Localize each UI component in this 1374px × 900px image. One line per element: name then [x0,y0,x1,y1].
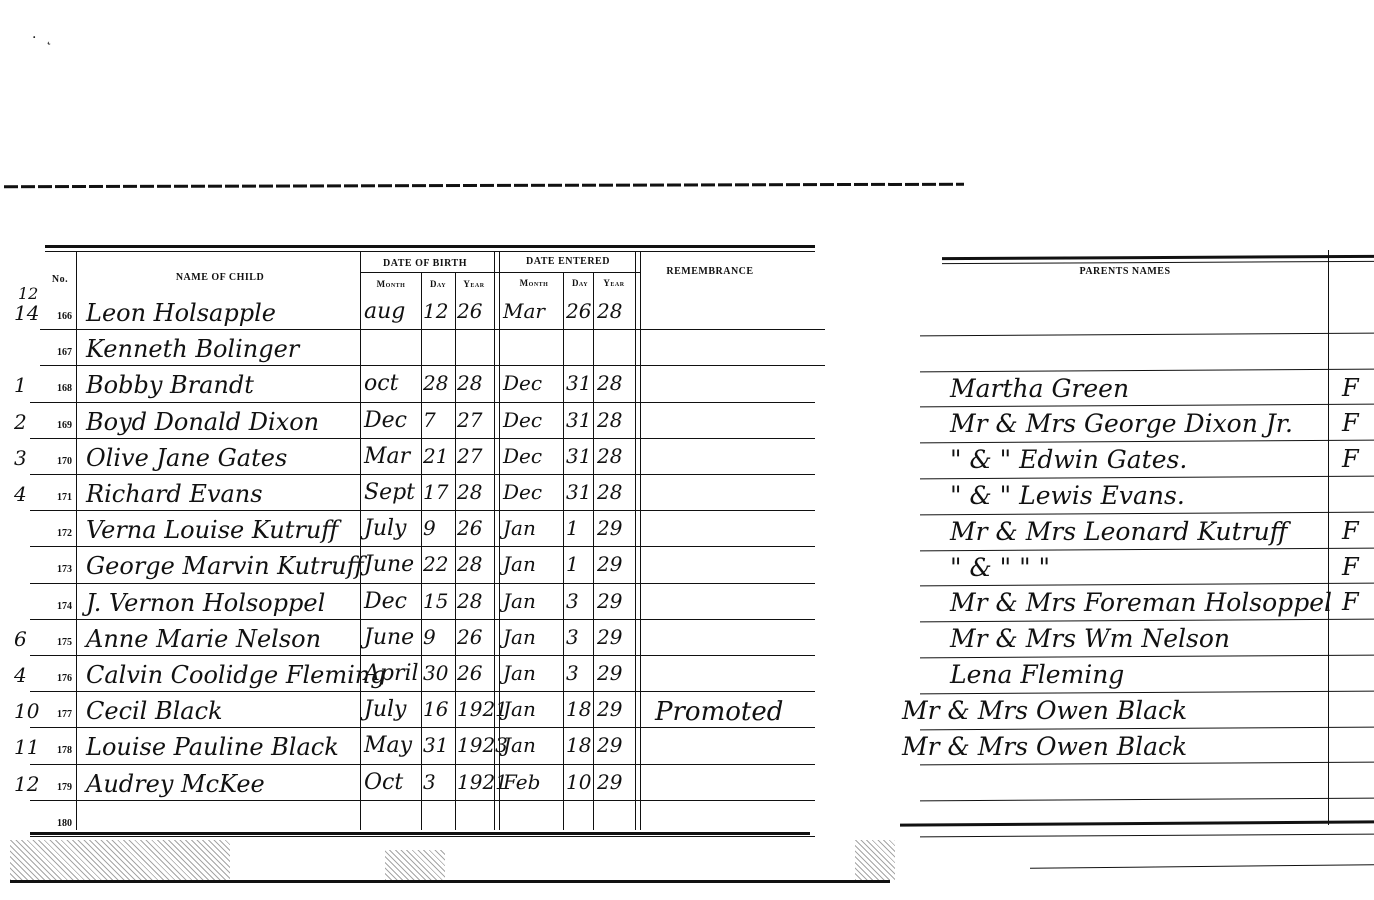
table-top-rule-2 [45,251,815,252]
parents-row-rule [920,511,1374,515]
scan-edge-bottom-right [1030,864,1374,869]
cell-entered-day: 18 [566,697,591,721]
cell-name: Bobby Brandt [86,371,254,399]
cell-entered-day: 3 [566,589,579,613]
col-divider [563,272,564,830]
cell-birth-month: aug [364,299,405,324]
row-number: 177 [48,709,72,720]
parents-name: Mr & Mrs Leonard Kutruff [950,517,1287,546]
parents-name: Mr & Mrs Wm Nelson [950,624,1230,653]
parents-name: Mr & Mrs George Dixon Jr. [950,409,1293,438]
cell-entered-day: 18 [566,733,591,757]
cell-birth-year: 27 [457,444,482,468]
cell-birth-year: 27 [457,408,482,432]
header-entered-month: Month [504,278,564,288]
cell-entered-day: 1 [566,552,579,576]
row-number: 178 [48,745,72,756]
margin-tally: 4 [14,482,27,506]
row-rule [30,438,815,439]
parents-row-rule [920,655,1374,659]
cell-birth-year: 28 [457,371,482,395]
cell-entered-day: 1 [566,516,579,540]
cell-entered-month: Dec [503,408,542,432]
cell-remembrance: Promoted [655,697,783,727]
row-rule [30,727,815,728]
cell-birth-month: June [364,625,414,650]
cell-entered-year: 28 [597,480,622,504]
row-rule [30,619,815,620]
cell-birth-year: 26 [457,625,482,649]
right-page-parents: PARENTS NAMES Martha GreenFMr & Mrs Geor… [880,0,1374,900]
cell-name: Richard Evans [86,480,263,508]
parents-col-divider [1328,250,1329,825]
parents-name: Lena Fleming [950,660,1124,689]
row-rule [30,402,815,403]
cell-entered-month: Dec [503,371,542,395]
parents-name: Mr & Mrs Foreman Holsoppel [950,588,1332,617]
cell-entered-year: 28 [597,408,622,432]
cell-entered-month: Jan [503,625,536,649]
cell-birth-day: 3 [423,770,436,794]
margin-tally: 11 [14,735,39,759]
cell-entered-month: Feb [503,770,540,794]
cell-entered-day: 31 [566,408,591,432]
cell-entered-year: 28 [597,299,622,323]
row-number: 175 [48,637,72,648]
cell-name: Olive Jane Gates [86,444,287,472]
parents-row-rule [920,547,1374,551]
cell-birth-month: July [364,697,406,722]
row-rule [30,800,815,801]
row-number: 170 [48,456,72,467]
cell-entered-day: 31 [566,371,591,395]
cell-name: Verna Louise Kutruff [86,516,338,544]
cell-birth-year: 28 [457,552,482,576]
cell-birth-day: 30 [423,661,448,685]
header-date-entered: DATE ENTERED [503,256,633,267]
parents-top-rule-2 [942,261,1374,264]
cell-birth-month: Mar [364,444,410,469]
margin-tally: 6 [14,627,27,651]
cell-name: Louise Pauline Black [86,733,339,761]
cell-birth-year: 1921 [457,697,505,721]
cell-birth-month: May [364,733,412,758]
cell-birth-month: June [364,552,414,577]
row-number: 179 [48,782,72,793]
parents-name: Martha Green [950,374,1129,403]
row-rule [30,691,815,692]
margin-tally: 1 [14,373,27,397]
cell-entered-year: 29 [597,516,622,540]
header-date-of-birth: DATE OF BIRTH [360,258,490,269]
cell-entered-month: Jan [503,733,536,757]
col-divider [360,252,361,830]
cell-entered-day: 3 [566,661,579,685]
header-birth-year: Year [456,279,492,289]
cell-entered-year: 29 [597,733,622,757]
cell-entered-year: 29 [597,552,622,576]
parents-row-rule [920,440,1374,444]
header-birth-day: Day [422,279,454,289]
cell-entered-day: 26 [566,299,591,323]
row-number: 167 [48,347,72,358]
scan-noise [10,840,230,880]
cell-birth-day: 28 [423,371,448,395]
row-rule [40,365,825,366]
row-rule [40,329,825,330]
parents-row-rule [920,332,1374,336]
row-rule [30,655,815,656]
parents-name: " & " Lewis Evans. [950,481,1185,510]
row-number: 168 [48,383,72,394]
parents-row-rule [920,619,1374,623]
cell-entered-month: Mar [503,299,545,323]
parents-name: Mr & Mrs Owen Black [902,696,1187,725]
header-birth-month: Month [362,279,420,289]
cell-entered-year: 29 [597,661,622,685]
cell-entered-year: 28 [597,371,622,395]
cell-entered-month: Dec [503,444,542,468]
parents-row-rule [920,368,1374,372]
col-divider [593,272,594,830]
parents-name: " & " " " [950,553,1050,582]
extra-column-mark: F [1342,588,1359,616]
cell-birth-month: April [364,661,419,686]
cell-entered-month: Jan [503,589,536,613]
header-parents-names: PARENTS NAMES [940,266,1310,277]
parents-name: Mr & Mrs Owen Black [902,732,1187,761]
scan-noise [385,850,445,880]
row-number: 180 [48,818,72,829]
cell-birth-day: 17 [423,480,448,504]
cell-birth-day: 9 [423,625,436,649]
extra-column-mark: F [1342,553,1359,581]
cell-name: Boyd Donald Dixon [86,408,319,436]
cell-entered-day: 10 [566,770,591,794]
cell-birth-day: 15 [423,589,448,613]
margin-tally: 3 [14,446,27,470]
header-remembrance: REMEMBRANCE [645,266,775,277]
parents-row-rule [920,476,1374,480]
cell-birth-month: July [364,516,406,541]
parents-row-rule [920,404,1374,408]
cell-entered-day: 3 [566,625,579,649]
header-name-of-child: NAME OF CHILD [80,272,360,283]
parents-row-rule [920,798,1374,802]
col-divider [455,272,456,830]
row-rule [30,510,815,511]
cell-entered-year: 28 [597,444,622,468]
cell-entered-year: 29 [597,589,622,613]
row-number: 173 [48,564,72,575]
cell-entered-month: Jan [503,552,536,576]
cell-entered-month: Dec [503,480,542,504]
row-rule [30,474,815,475]
table-top-rule [45,245,815,248]
row-number: 172 [48,528,72,539]
cell-name: Leon Holsapple [86,299,276,327]
cell-birth-year: 26 [457,516,482,540]
cell-entered-year: 29 [597,625,622,649]
cell-entered-year: 29 [597,697,622,721]
parents-row-rule [920,834,1374,838]
cell-birth-day: 12 [423,299,448,323]
cell-birth-year: 28 [457,589,482,613]
cell-name: George Marvin Kutruff [86,552,364,580]
parents-row-rule [920,690,1374,694]
cell-birth-day: 22 [423,552,448,576]
cell-birth-year: 26 [457,661,482,685]
cell-name: J. Vernon Holsoppel [86,589,325,617]
cell-entered-month: Jan [503,697,536,721]
parents-row-rule [920,726,1374,730]
cell-name: Audrey McKee [86,770,265,798]
row-number: 166 [48,311,72,322]
cell-birth-month: Oct [364,770,403,795]
subheader-rule [360,272,640,273]
cell-birth-year: 26 [457,299,482,323]
margin-tally: 14 [14,301,39,325]
header-no: No. [48,274,72,285]
cell-birth-day: 7 [423,408,436,432]
cell-birth-day: 31 [423,733,448,757]
cell-entered-day: 31 [566,480,591,504]
row-number: 169 [48,420,72,431]
parents-top-rule [942,255,1374,260]
margin-tally: 12 [14,772,39,796]
parents-bottom-rule [900,820,1374,826]
cell-birth-month: oct [364,371,398,396]
row-number: 174 [48,601,72,612]
table-bottom-rule [30,832,810,835]
cell-name: Kenneth Bolinger [86,335,299,363]
cell-entered-month: Jan [503,661,536,685]
parents-row-rule [920,762,1374,766]
cell-name: Calvin Coolidge Fleming [86,661,386,689]
cell-birth-year: 28 [457,480,482,504]
cell-name: Anne Marie Nelson [86,625,321,653]
extra-column-mark: F [1342,517,1359,545]
cell-birth-day: 21 [423,444,448,468]
row-rule [30,836,815,837]
cell-birth-month: Dec [364,589,407,614]
cell-birth-month: Sept [364,480,415,505]
parents-row-rule [920,583,1374,587]
extra-column-mark: F [1342,409,1359,437]
col-divider [640,252,641,830]
cell-entered-year: 29 [597,770,622,794]
parents-name: " & " Edwin Gates. [950,445,1187,474]
cell-birth-day: 16 [423,697,448,721]
extra-column-mark: F [1342,374,1359,402]
row-rule [30,764,815,765]
margin-tally: 10 [14,699,39,723]
cell-birth-month: Dec [364,408,407,433]
left-page-register: No. NAME OF CHILD DATE OF BIRTH DATE ENT… [0,0,900,900]
header-entered-year: Year [596,278,632,288]
col-divider [76,252,77,830]
extra-column-mark: F [1342,445,1359,473]
cell-entered-day: 31 [566,444,591,468]
row-number: 171 [48,492,72,503]
cell-name: Cecil Black [86,697,223,725]
cell-entered-month: Jan [503,516,536,540]
cell-birth-year: 1921 [457,770,505,794]
col-divider [635,252,636,830]
margin-tally: 2 [14,410,27,434]
row-rule [30,546,815,547]
col-divider [421,272,422,830]
cell-birth-day: 9 [423,516,436,540]
header-entered-day: Day [566,278,594,288]
cell-birth-year: 1923 [457,733,505,757]
scan-edge-bottom [10,880,890,883]
row-number: 176 [48,673,72,684]
margin-tally: 4 [14,663,27,687]
row-rule [30,583,815,584]
